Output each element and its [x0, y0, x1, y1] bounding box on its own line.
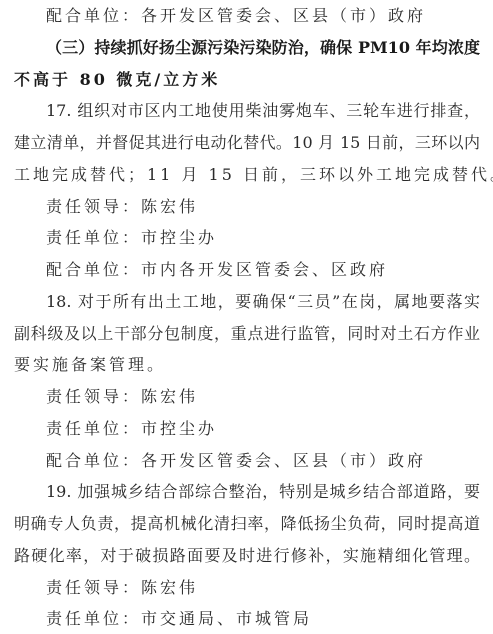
item-19-line: 路硬化率，对于破损路面要及时进行修补，实施精细化管理。: [14, 540, 480, 572]
responsible-unit: 责任单位：市交通局、市城管局: [46, 603, 480, 634]
section-heading-cont: 不高于 80 微克/立方米: [14, 64, 480, 96]
responsible-leader: 责任领导：陈宏伟: [46, 191, 480, 223]
cooperating-unit: 配合单位：各开发区管委会、区县（市）政府: [46, 445, 480, 477]
item-18-line: 要实施备案管理。: [14, 349, 480, 381]
item-19-line: 19. 加强城乡结合部综合整治，特别是城乡结合部道路，要: [46, 476, 480, 508]
item-17-line: 建立清单，并督促其进行电动化替代。10 月 15 日前，三环以内: [14, 127, 480, 159]
section-heading: （三）持续抓好扬尘源污染污染防治，确保 PM10 年均浓度: [46, 32, 480, 64]
text-line: 配合单位：各开发区管委会、区县（市）政府: [46, 0, 480, 32]
item-17-line: 工地完成替代；11 月 15 日前，三环以外工地完成替代。: [14, 159, 480, 191]
item-17-line: 17. 组织对市区内工地使用柴油雾炮车、三轮车进行排查，: [46, 95, 480, 127]
responsible-leader: 责任领导：陈宏伟: [46, 381, 480, 413]
cooperating-unit: 配合单位：市内各开发区管委会、区政府: [46, 254, 480, 286]
item-19-line: 明确专人负责，提高机械化清扫率，降低扬尘负荷，同时提高道: [14, 508, 480, 540]
responsible-unit: 责任单位：市控尘办: [46, 222, 480, 254]
responsible-unit: 责任单位：市控尘办: [46, 413, 480, 445]
responsible-leader: 责任领导：陈宏伟: [46, 572, 480, 604]
item-18-line: 18. 对于所有出土工地，要确保“三员”在岗，属地要落实: [46, 286, 480, 318]
item-18-line: 副科级及以上干部分包制度，重点进行监管，同时对土石方作业: [14, 318, 480, 350]
